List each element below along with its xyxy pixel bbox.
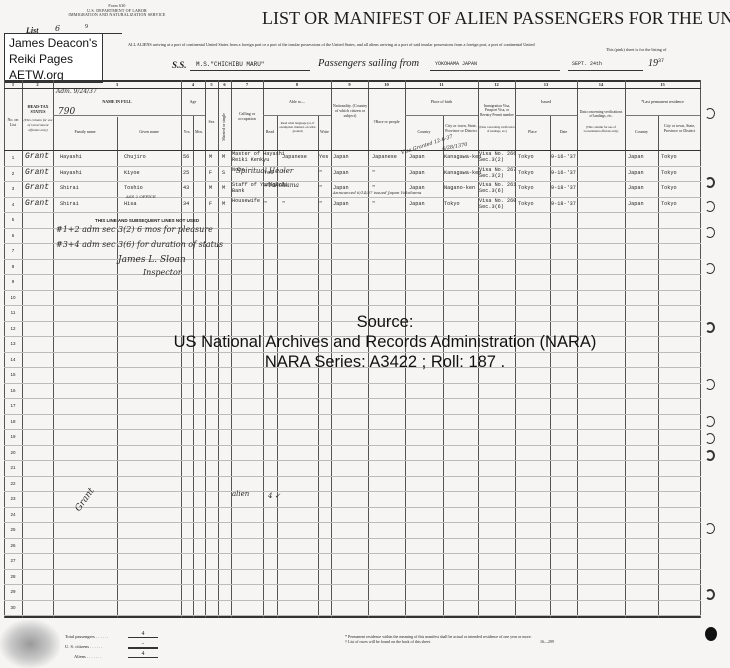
row1-handwritten-note: Spiritual Healer [236, 167, 293, 175]
sailing-label: Passengers sailing from [318, 58, 419, 69]
alien-scrawl: alien [232, 490, 249, 498]
row-number: 4 [4, 202, 22, 207]
binder-hole-icon [705, 523, 715, 534]
header-bottom-rule [4, 150, 701, 151]
aliens-value: 4 [128, 651, 158, 658]
binder-hole-icon [705, 416, 715, 427]
row-number: 10 [4, 295, 22, 300]
header-calling: Calling or occupation [231, 112, 263, 122]
read-language: Japanese [282, 154, 307, 160]
residence-city: Tokyo [661, 201, 677, 207]
row-number: 24 [4, 512, 22, 517]
sailing-date: SEPT. 24th [572, 61, 602, 67]
issued-place: Tokyo [518, 154, 534, 160]
row-rule [4, 491, 701, 492]
sex: M [209, 154, 212, 160]
header-place-of-birth: Place of birth [405, 100, 478, 105]
row-rule [4, 197, 701, 198]
header-issued-date: Date [550, 130, 577, 135]
us-citizens-row: U. S. citizens . . . . . . [65, 642, 108, 652]
nationality: Japan [333, 201, 349, 207]
birth-city: Tokyo [444, 201, 460, 207]
inspector-title: Inspector [143, 268, 182, 277]
header-verification: Data concerning verifications of landing… [578, 110, 624, 119]
watermark-line-2: Reiki Pages [9, 51, 98, 67]
residence-country: Japan [628, 201, 644, 207]
given-name: Hisa [124, 201, 136, 207]
row-rule [4, 274, 701, 275]
age-years: 43 [183, 185, 189, 191]
header-scribble: Adm. 9/24/37 [56, 88, 97, 95]
visa-section: Sec.3(6) [479, 204, 504, 210]
birth-city: Kanagawa-ken [444, 170, 481, 176]
row-number: 20 [4, 450, 22, 455]
aliens-label: Aliens [74, 654, 86, 659]
binder-hole-icon [705, 177, 715, 188]
watermark-box: James Deacon's Reiki Pages AETW.org [4, 33, 103, 83]
watermark-line-1: James Deacon's [9, 35, 98, 51]
race: " [372, 201, 375, 207]
binder-hole-icon [705, 263, 715, 274]
row-rule [4, 181, 701, 182]
row-number: 26 [4, 543, 22, 548]
head-tax-status: Grant [25, 185, 49, 191]
department-header: Form 630 U.S. DEPARTMENT OF LABOR IMMIGR… [62, 4, 172, 18]
birth-city: Nagano-ken [444, 185, 475, 191]
footnote-races: † List of races will be found on the bac… [345, 639, 645, 644]
ship-underline [190, 70, 310, 71]
header-given-name: Given name [117, 130, 181, 135]
header-sex: Sex [205, 120, 218, 125]
race: " [372, 170, 375, 176]
row-number: 9 [4, 279, 22, 284]
source-archive: US National Archives and Records Adminis… [130, 332, 640, 352]
header-residence-city: City or town, State, Province or Distric… [659, 124, 700, 134]
row-rule [4, 615, 701, 616]
header-birth-city: City or town, State, Province or Distric… [444, 124, 478, 134]
marital-status: M [222, 154, 225, 160]
issued-date: 9-18-'37 [551, 185, 576, 191]
header-read: Read [263, 130, 277, 135]
row-number: 27 [4, 558, 22, 563]
residence-city: Tokyo [661, 154, 677, 160]
visa-section: Sec.3(6) [479, 188, 504, 194]
col-number: 6 [218, 82, 231, 87]
col-number: 14 [577, 82, 625, 87]
total-passengers-label: Total passengers [65, 634, 95, 639]
inspector-signature: James L. Sloan [118, 255, 186, 265]
col-number: 10 [368, 82, 405, 87]
total-passengers-value: 4 [128, 631, 158, 638]
given-name: Kiyoe [124, 170, 140, 176]
service-name: IMMIGRATION AND NATURALIZATION SERVICE [62, 13, 172, 18]
col-number: 12 [478, 82, 515, 87]
nationality: Japan [333, 154, 349, 160]
marital-status: S [222, 170, 225, 176]
issued-place: Tokyo [518, 201, 534, 207]
header-married: Married or single [222, 112, 227, 142]
header-visa: Immigration Visa, Passport Visa, or Reen… [479, 104, 515, 117]
binder-hole-icon [705, 433, 715, 444]
form-code: 16—299 [540, 639, 554, 644]
col-number: 4 [181, 82, 205, 87]
family-name: Shirai [60, 185, 79, 191]
birth-country: Japan [409, 201, 425, 207]
total-passengers-row: Total passengers . . . . . . [65, 632, 108, 642]
calling-line-2: Reiki Kenkyu [232, 157, 269, 163]
header-read-language: Read what language (or, if exemption cla… [277, 122, 318, 133]
lines-not-used-stamp: THIS LINE AND SUBSEQUENT LINES NOT USED [95, 218, 199, 223]
row-number: 5 [4, 217, 22, 222]
col-number: 15 [625, 82, 700, 87]
row-number: 28 [4, 574, 22, 579]
birth-city: Kanagawa-ken [444, 154, 481, 160]
issued-place: Tokyo [518, 185, 534, 191]
header-verification-note: (This column for use of Government offic… [578, 126, 624, 134]
port-underline [430, 70, 560, 71]
col-number: 9 [331, 82, 368, 87]
header-name-in-full: NAME IN FULL [53, 100, 181, 105]
binder-hole-icon [705, 627, 717, 641]
col-number: 11 [405, 82, 478, 87]
calling-line-2: Bank [232, 188, 244, 194]
header-age-mos: Mos. [193, 130, 205, 135]
subheader-rule [263, 115, 331, 116]
row-number: 6 [4, 233, 22, 238]
count-scrawl: 4 ✓ [268, 492, 281, 500]
row-number: 30 [4, 605, 22, 610]
col-number: 5 [205, 82, 218, 87]
family-name: Shirai [60, 201, 79, 207]
birth-country: Japan [409, 154, 425, 160]
head-tax-status: Grant [25, 170, 49, 176]
row-rule [4, 414, 701, 415]
row-rule [4, 584, 701, 585]
header-rule [4, 88, 701, 89]
read: " [264, 185, 267, 191]
row-number: 17 [4, 403, 22, 408]
manifest-title: LIST OR MANIFEST OF ALIEN PASSENGERS FOR… [262, 8, 730, 29]
header-head-tax-note: (This column for use of Government offic… [23, 118, 53, 132]
residence-city: Tokyo [661, 185, 677, 191]
header-visa-note: (Data concerning verification of landing… [479, 126, 515, 133]
row-rule [4, 553, 701, 554]
read-language: " [282, 201, 285, 207]
col-number: 13 [515, 82, 577, 87]
header-able-to: Able to— [263, 100, 331, 105]
row-number: 12 [4, 326, 22, 331]
header-issued: Issued [515, 100, 577, 105]
row3-handwritten-note: Yokohama [268, 182, 299, 189]
row-rule [4, 600, 701, 601]
row-rule [4, 212, 701, 213]
row-number: 25 [4, 527, 22, 532]
row-number: 29 [4, 589, 22, 594]
source-caption: Source: US National Archives and Records… [130, 312, 640, 372]
year-prefix: 19 [648, 58, 658, 69]
sex: F [209, 170, 212, 176]
binder-hole-icon [705, 201, 715, 212]
handwritten-admission-note-1: #1+2 adm sec 3(2) 6 mos for pleasure [56, 225, 213, 234]
manifest-document: Form 630 U.S. DEPARTMENT OF LABOR IMMIGR… [0, 0, 730, 668]
row3-nationality-note: Announced 6/14/37 issued Japan Yokohama [333, 190, 421, 195]
handwritten-admission-note-2: #3+4 adm sec 3(6) for duration of status [56, 240, 223, 249]
family-name: Hayashi [60, 154, 82, 160]
sex: F [209, 201, 212, 207]
binder-hole-icon [705, 227, 715, 238]
given-name: Chujiro [124, 154, 146, 160]
row-rule [4, 383, 701, 384]
age-years: 25 [183, 170, 189, 176]
birth-country: Japan [409, 170, 425, 176]
row-number: 18 [4, 419, 22, 424]
row-rule [4, 290, 701, 291]
footnotes: * Permanent residence within the meaning… [345, 634, 645, 644]
row3-given-note: ASS 2 OFFICE [126, 194, 156, 199]
write: " [319, 185, 322, 191]
age-years: 56 [183, 154, 189, 160]
row-number: 22 [4, 481, 22, 486]
issued-date: 9-16-'37 [551, 154, 576, 160]
departure-port: YOKOHAMA JAPAN [435, 61, 477, 67]
residence-country: Japan [628, 170, 644, 176]
row-number: 7 [4, 248, 22, 253]
col-number: 8 [263, 82, 331, 87]
residence-country: Japan [628, 185, 644, 191]
read: " [264, 201, 267, 207]
row-rule [4, 166, 701, 167]
binder-hole-icon [705, 589, 715, 600]
row-number: 14 [4, 357, 22, 362]
list-value: 6 [55, 24, 60, 33]
row-number: 21 [4, 465, 22, 470]
row-rule [4, 522, 701, 523]
nationality: Japan [333, 170, 349, 176]
residence-country: Japan [628, 154, 644, 160]
row-number: 1 [4, 155, 22, 160]
family-name: Hayashi [60, 170, 82, 176]
residence-city: Tokyo [661, 170, 677, 176]
subheader-rule [625, 115, 700, 116]
year-suffix: 37 [658, 58, 664, 64]
row-rule [4, 569, 701, 570]
us-citizens-value: - [128, 641, 158, 649]
visa-section: Sec.3(2) [479, 173, 504, 179]
header-no-on-list: No. on List [4, 118, 22, 128]
calling-line-1: Housewife [232, 198, 260, 204]
row-rule [4, 460, 701, 461]
header-race: †Race or people [368, 120, 405, 125]
ink-smudge [0, 620, 60, 668]
header-age: Age [181, 100, 205, 105]
source-label: Source: [130, 312, 640, 332]
row-number: 2 [4, 171, 22, 176]
binder-hole-icon [705, 379, 715, 390]
write: " [319, 201, 322, 207]
row-number: 23 [4, 496, 22, 501]
aliens-row: Aliens . . . . . . . [65, 652, 108, 662]
row-rule [4, 507, 701, 508]
row-number: 19 [4, 434, 22, 439]
subheader-rule [405, 115, 478, 116]
row-number: 16 [4, 388, 22, 393]
write: Yes [319, 154, 328, 160]
write: " [319, 170, 322, 176]
subheader-rule [515, 115, 577, 116]
header-age-yrs: Yrs. [181, 130, 193, 135]
header-head-tax: HEAD-TAX STATUS [23, 105, 53, 115]
row-number: 15 [4, 372, 22, 377]
issued-date: 9-16-'37 [551, 170, 576, 176]
issued-date: 9-18-'37 [551, 201, 576, 207]
us-citizens-label: U. S. citizens [65, 644, 89, 649]
visa-section: Sec.3(2) [479, 157, 504, 163]
ship-name: M.S."CHICHIBU MARU" [196, 61, 264, 68]
header-issued-place: Place [515, 130, 550, 135]
age-years: 34 [183, 201, 189, 207]
header-family-name: Family name [53, 130, 117, 135]
row-number: 3 [4, 186, 22, 191]
col-number: 1 [4, 82, 22, 87]
subheader-rule [181, 115, 205, 116]
header-last-residence: *Last permanent residence [625, 100, 700, 105]
row-rule [4, 259, 701, 260]
row-rule [4, 476, 701, 477]
head-tax-status: Grant [25, 201, 49, 207]
source-series: NARA Series: A3422 ; Roll: 187 . [130, 352, 640, 372]
marital-status: M [222, 185, 225, 191]
binder-hole-icon [705, 108, 715, 119]
sailing-year: 1937 [648, 58, 664, 69]
issued-place: Tokyo [518, 170, 534, 176]
row-rule [4, 305, 701, 306]
col-number: 3 [53, 82, 181, 87]
sex: M [209, 185, 212, 191]
row-number: 13 [4, 341, 22, 346]
header-residence-country: Country [625, 130, 658, 135]
date-underline [568, 70, 643, 71]
row-number: 8 [4, 264, 22, 269]
header-stamp-number: 790 [58, 107, 75, 117]
ss-label: S.S. [172, 60, 187, 70]
col-number: 7 [231, 82, 263, 87]
binder-hole-icon [705, 450, 715, 461]
pink-sheet-note: This (pink) sheet is for the listing of [606, 47, 666, 52]
list-number: 9 [85, 24, 88, 30]
row-rule [4, 538, 701, 539]
header-nationality: Nationality. (Country of which citizen o… [332, 104, 368, 118]
header-write: Write [318, 130, 331, 135]
row-number: 11 [4, 310, 22, 315]
row-rule [4, 429, 701, 430]
head-tax-status: Grant [25, 154, 49, 160]
header-birth-country: Country [405, 130, 443, 135]
passenger-totals: Total passengers . . . . . . U. S. citiz… [65, 632, 108, 662]
race: Japanese [372, 154, 397, 160]
row-rule [4, 445, 701, 446]
row-rule [4, 398, 701, 399]
marital-status: M [222, 201, 225, 207]
given-name: Toshio [124, 185, 143, 191]
col-number: 2 [22, 82, 53, 87]
binder-hole-icon [705, 322, 715, 333]
